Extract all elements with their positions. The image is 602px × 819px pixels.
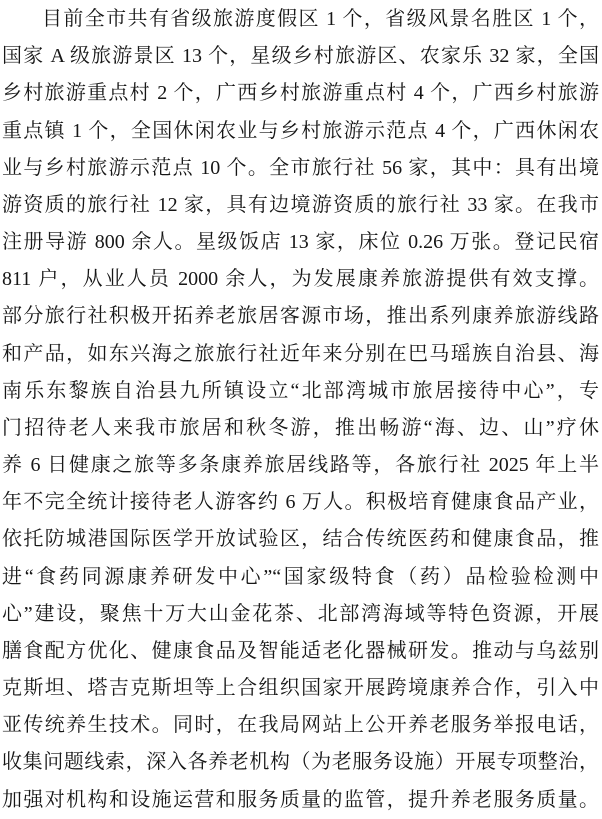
text-line: 目前全市共有省级旅游度假区 1 个，省级风景名胜区 1 个，: [2, 1, 599, 38]
text-line: 亚传统养生技术。同时，在我局网站上公开养老服务举报电话，: [2, 707, 599, 744]
text-line: 加强对机构和设施运营和服务质量的监管，提升养老服务质量。: [2, 782, 599, 819]
text-line: 和产品，如东兴海之旅旅行社近年来分别在巴马瑶族自治县、海: [2, 336, 599, 373]
text-line: 南乐东黎族自治县九所镇设立“北部湾城市旅居接待中心”，专: [2, 373, 599, 410]
document-body: 目前全市共有省级旅游度假区 1 个，省级风景名胜区 1 个， 国家 A 级旅游景…: [2, 1, 599, 819]
text-line: 进“食药同源康养研发中心”“国家级特食（药）品检验检测中: [2, 559, 599, 596]
text-line: 依托防城港国际医学开放试验区，结合传统医药和健康食品，推: [2, 521, 599, 558]
text-line: 克斯坦、塔吉克斯坦等上合组织国家开展跨境康养合作，引入中: [2, 670, 599, 707]
text-line: 收集问题线索，深入各养老机构（为老服务设施）开展专项整治，: [2, 744, 599, 781]
text-line: 部分旅行社积极开拓养老旅居客源市场，推出系列康养旅游线路: [2, 298, 599, 335]
text-line: 膳食配方优化、健康食品及智能适老化器械研发。推动与乌兹别: [2, 633, 599, 670]
text-line: 811 户，从业人员 2000 余人，为发展康养旅游提供有效支撑。: [2, 261, 599, 298]
document-page: 目前全市共有省级旅游度假区 1 个，省级风景名胜区 1 个， 国家 A 级旅游景…: [0, 0, 602, 819]
text-line: 重点镇 1 个，全国休闲农业与乡村旅游示范点 4 个，广西休闲农: [2, 113, 599, 150]
text-line: 国家 A 级旅游景区 13 个，星级乡村旅游区、农家乐 32 家，全国: [2, 38, 599, 75]
text-line: 养 6 日健康之旅等多条康养旅居线路等，各旅行社 2025 年上半: [2, 447, 599, 484]
text-line: 年不完全统计接待老人游客约 6 万人。积极培育健康食品产业，: [2, 484, 599, 521]
text-line: 业与乡村旅游示范点 10 个。全市旅行社 56 家，其中：具有出境: [2, 150, 599, 187]
text-line: 心”建设，聚焦十万大山金花茶、北部湾海域等特色资源，开展: [2, 596, 599, 633]
text-line: 注册导游 800 余人。星级饭店 13 家，床位 0.26 万张。登记民宿: [2, 224, 599, 261]
text-line: 乡村旅游重点村 2 个，广西乡村旅游重点村 4 个，广西乡村旅游: [2, 75, 599, 112]
text-line: 门招待老人来我市旅居和秋冬游，推出畅游“海、边、山”疗休: [2, 410, 599, 447]
text-line: 游资质的旅行社 12 家，具有边境游资质的旅行社 33 家。在我市: [2, 187, 599, 224]
